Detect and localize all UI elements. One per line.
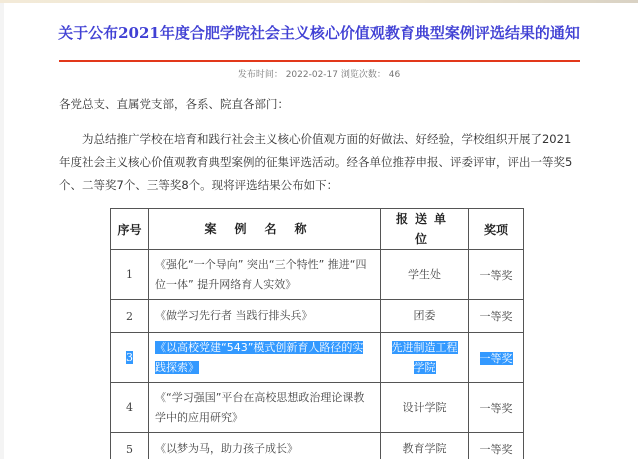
row-unit: 学生处 (381, 250, 469, 300)
table-header-row: 序号 案例名称 报送单位 奖项 (111, 209, 524, 250)
row-no: 1 (111, 250, 149, 300)
table-row: 2 《做学习先行者 当践行排头兵》 团委 一等奖 (111, 300, 524, 333)
selected-text: 先进制造工程学院 (392, 341, 458, 374)
intro-paragraph: 为总结推广学校在培育和践行社会主义核心价值观方面的好做法、好经验，学校组织开展了… (59, 128, 579, 197)
salutation: 各党总支、直属党支部，各系、院直各部门： (59, 96, 289, 112)
selected-text: 一等奖 (480, 352, 513, 365)
header-award: 奖项 (469, 209, 524, 250)
row-name: 《强化“一个导向” 突出“三个特性” 推进“四位一体” 提升网络育人实效》 (149, 250, 381, 300)
row-unit: 设计学院 (381, 383, 469, 433)
row-award: 一等奖 (469, 433, 524, 459)
table-row: 1 《强化“一个导向” 突出“三个特性” 推进“四位一体” 提升网络育人实效》 … (111, 250, 524, 300)
row-name: 《做学习先行者 当践行排头兵》 (149, 300, 381, 333)
row-award: 一等奖 (469, 300, 524, 333)
title-divider (59, 60, 580, 62)
table-row: 5 《以梦为马，助力孩子成长》 教育学院 一等奖 (111, 433, 524, 459)
row-unit: 团委 (381, 300, 469, 333)
row-unit: 教育学院 (381, 433, 469, 459)
header-no: 序号 (111, 209, 149, 250)
row-no: 4 (111, 383, 149, 433)
top-decorative-strip (0, 0, 638, 3)
table-row-selected: 3 《以高校党建“543”模式创新育人路径的实践探索》 先进制造工程学院 一等奖 (111, 333, 524, 383)
article-meta: 发布时间： 2022-02-17 浏览次数： 46 (0, 67, 638, 80)
row-no: 5 (111, 433, 149, 459)
row-no: 2 (111, 300, 149, 333)
row-award: 一等奖 (469, 383, 524, 433)
table-row: 4 《“学习强国”平台在高校思想政治理论课教学中的应用研究》 设计学院 一等奖 (111, 383, 524, 433)
selected-text: 3 (126, 351, 133, 364)
row-unit: 先进制造工程学院 (381, 333, 469, 383)
header-name: 案例名称 (149, 209, 381, 250)
row-name: 《“学习强国”平台在高校思想政治理论课教学中的应用研究》 (149, 383, 381, 433)
selected-text: 《以高校党建“543”模式创新育人路径的实践探索》 (155, 341, 363, 374)
header-unit: 报送单位 (381, 209, 469, 250)
row-name: 《以梦为马，助力孩子成长》 (149, 433, 381, 459)
row-award: 一等奖 (469, 333, 524, 383)
row-name: 《以高校党建“543”模式创新育人路径的实践探索》 (149, 333, 381, 383)
results-table: 序号 案例名称 报送单位 奖项 1 《强化“一个导向” 突出“三个特性” 推进“… (110, 208, 524, 459)
row-no: 3 (111, 333, 149, 383)
article-title: 关于公布2021年度合肥学院社会主义核心价值观教育典型案例评选结果的通知 (0, 22, 638, 43)
row-award: 一等奖 (469, 250, 524, 300)
